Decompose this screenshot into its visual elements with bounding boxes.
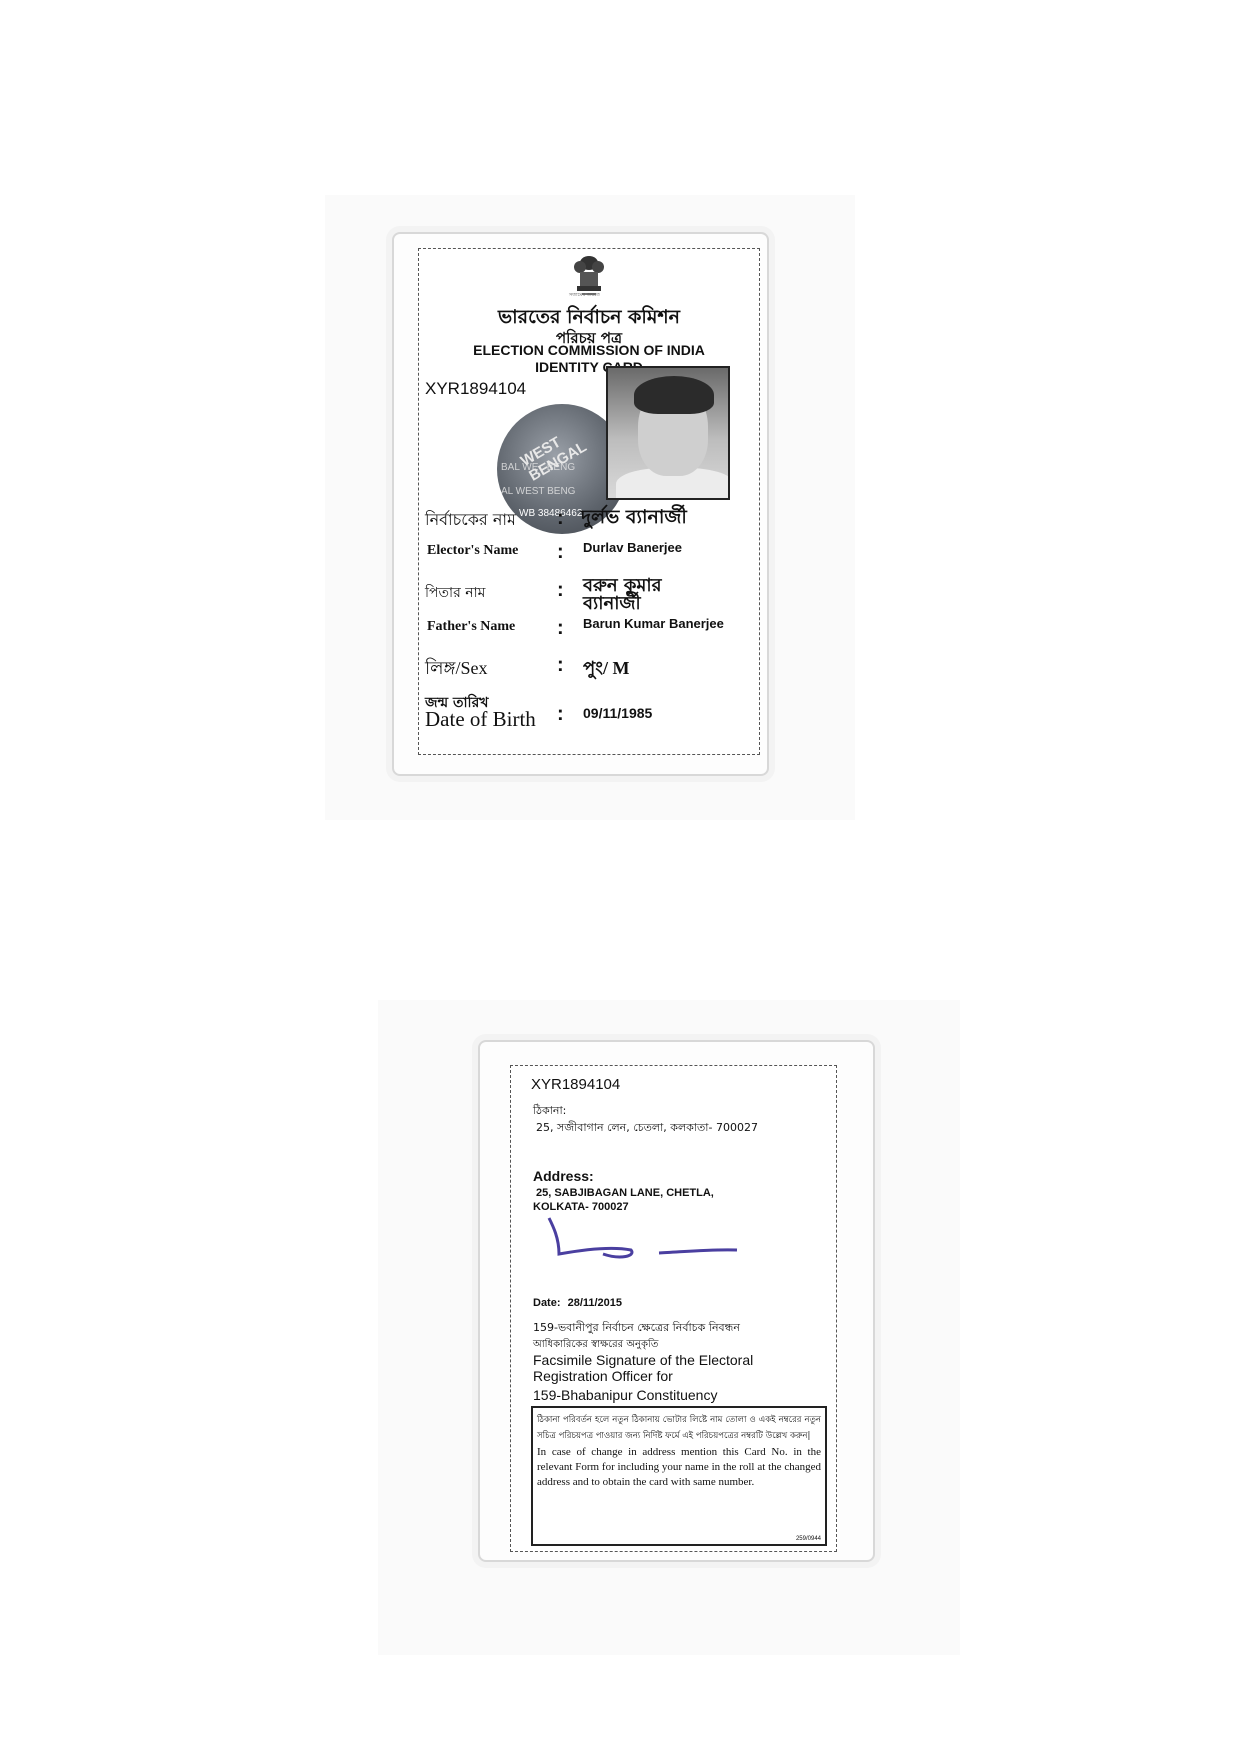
- address-line-1: 25, SABJIBAGAN LANE, CHETLA,: [536, 1187, 714, 1199]
- elector-name-label-bn: নির্বাচকের নাম: [425, 507, 516, 534]
- elector-photo: [606, 366, 730, 500]
- father-name-label: Father's Name: [427, 619, 515, 635]
- separator: :: [557, 507, 564, 530]
- separator: :: [557, 541, 564, 564]
- notice-bn: ঠিকানা পরিবর্তন হলে নতুন ঠিকানায় ভোটার …: [537, 1412, 821, 1444]
- issue-date: Date: 28/11/2015: [533, 1297, 622, 1309]
- separator: :: [557, 703, 564, 726]
- sex-value: পুং/ M: [583, 654, 629, 685]
- elector-name-value: Durlav Banerjee: [583, 540, 682, 555]
- separator: :: [557, 654, 564, 677]
- dob-label: Date of Birth: [425, 707, 536, 732]
- signature-icon: [541, 1216, 741, 1266]
- hologram-serial: WB 38486462: [519, 508, 582, 519]
- front-card: সত্যমেব জয়তে ভারতের নির্বাচন কমিশন পরিচ…: [418, 248, 760, 755]
- address-label: Address:: [533, 1168, 594, 1184]
- ero-caption-2: Registration Officer for: [533, 1368, 673, 1384]
- father-name-value-bn: বরুন কুমার ব্যানার্জী: [583, 577, 723, 613]
- father-name-value: Barun Kumar Banerjee: [583, 616, 724, 631]
- emblem-caption: সত্যমেব জয়তে: [569, 292, 600, 300]
- card-number: XYR1894104: [425, 379, 526, 399]
- father-name-label-bn: পিতার নাম: [425, 581, 485, 605]
- dob-value: 09/11/1985: [583, 705, 652, 721]
- hologram-band-text: AL WEST BENG: [501, 486, 575, 497]
- ero-caption-1: Facsimile Signature of the Electoral: [533, 1352, 753, 1368]
- elector-name-value-bn: দুর্লভ ব্যানার্জী: [581, 503, 687, 535]
- constituency: 159-Bhabanipur Constituency: [533, 1387, 717, 1403]
- title-english: ELECTION COMMISSION OF INDIA: [429, 342, 749, 358]
- hologram-band-text: BAL WE BENG: [501, 462, 575, 473]
- back-card: XYR1894104 ঠিকানা: 25, সজীবাগান লেন, চেত…: [510, 1065, 837, 1552]
- address-bn: 25, সজীবাগান লেন, চেতলা, কলকাতা- 700027: [536, 1119, 758, 1138]
- address-change-notice: ঠিকানা পরিবর্তন হলে নতুন ঠিকানায় ভোটার …: [531, 1406, 827, 1546]
- separator: :: [557, 617, 564, 640]
- card-number: XYR1894104: [531, 1076, 620, 1093]
- notice-en: In case of change in address mention thi…: [537, 1445, 821, 1490]
- print-code: 259/0944: [796, 1536, 821, 1542]
- elector-name-label: Elector's Name: [427, 543, 518, 559]
- date-value: 28/11/2015: [568, 1297, 622, 1309]
- sex-label: লিঙ্গ/Sex: [425, 654, 488, 685]
- ero-caption-bn-1: 159-ভবানীপুর নির্বাচন ক্ষেত্রের নির্বাচক…: [533, 1319, 740, 1338]
- address-line-2: KOLKATA- 700027: [533, 1201, 629, 1213]
- separator: :: [557, 579, 564, 602]
- date-label: Date:: [533, 1297, 561, 1309]
